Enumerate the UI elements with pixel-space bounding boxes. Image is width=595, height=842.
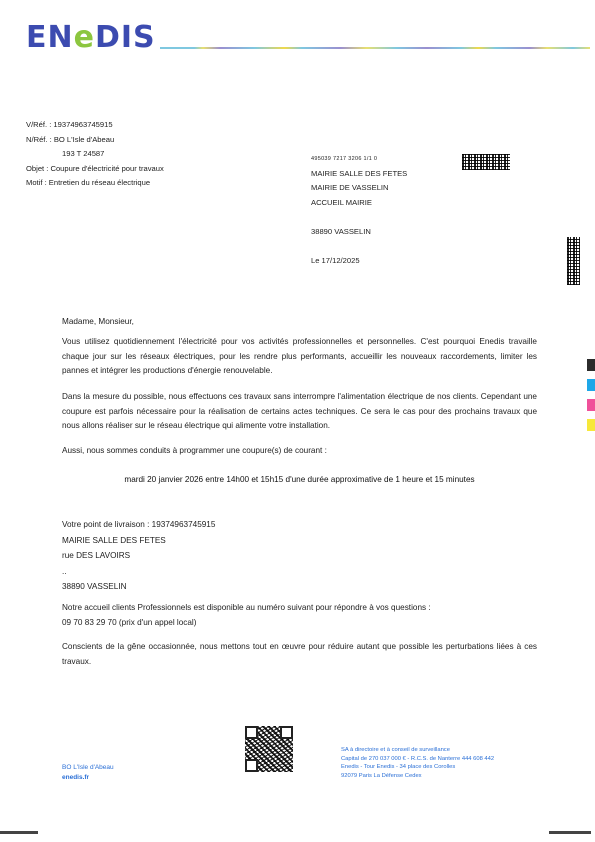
mail-tracking-code: 495039 7217 3206 1/1 0 [311,152,407,167]
delivery-street: rue DES LAVOIRS [62,548,215,564]
contact-phone: 09 70 83 29 70 (prix d'un appel local) [62,616,537,631]
recipient-line: MAIRIE DE VASSELIN [311,181,407,196]
subject: Objet : Coupure d'électricité pour trava… [26,162,164,177]
enedis-logo: ENeDIS [26,22,156,54]
footer-legal-line: Capital de 270 037 000 € - R.C.S. de Nan… [341,755,494,764]
footer-left: BO L'Isle d'Abeau enedis.fr [62,763,114,783]
recipient-line: ACCUEIL MAIRIE [311,196,407,211]
datamatrix-code-vertical-icon [567,237,580,285]
footer-legal-line: 92079 Paris La Défense Cedex [341,772,494,781]
recipient-city: 38890 VASSELIN [311,225,407,240]
our-reference: N/Réf. : BO L'Isle d'Abeau [26,133,164,148]
scan-edge-right [549,831,591,834]
header-rule [160,47,590,49]
reason: Motif : Entretien du réseau électrique [26,176,164,191]
footer-legal-line: SA à directoire et à conseil de surveill… [341,746,494,755]
delivery-extra: .. [62,564,215,580]
footer-website-link[interactable]: enedis.fr [62,773,114,783]
contact-text: Notre accueil clients Professionnels est… [62,601,537,616]
color-mark-black [587,359,595,371]
paragraph-outage-intro: Aussi, nous sommes conduits à programmer… [62,444,537,459]
footer-legal: SA à directoire et à conseil de surveill… [341,746,494,780]
recipient-line: MAIRIE SALLE DES FETES [311,167,407,182]
your-reference: V/Réf. : 19374963745915 [26,118,164,133]
delivery-city: 38890 VASSELIN [62,579,215,595]
paragraph-contact: Notre accueil clients Professionnels est… [62,601,537,630]
paragraph-closing: Conscients de la gêne occasionnée, nous … [62,640,537,669]
delivery-point: Votre point de livraison : 1937496374591… [62,517,215,595]
references-block: V/Réf. : 19374963745915 N/Réf. : BO L'Is… [26,118,164,191]
scan-edge-left [0,831,38,834]
letter-date: Le 17/12/2025 [311,254,407,269]
salutation: Madame, Monsieur, [62,315,537,330]
logo-part: DIS [95,20,156,55]
color-mark-cyan [587,379,595,391]
outage-schedule: mardi 20 janvier 2026 entre 14h00 et 15h… [62,475,537,484]
paragraph-intro: Vous utilisez quotidiennement l'électric… [62,335,537,379]
color-mark-yellow [587,419,595,431]
footer-office: BO L'Isle d'Abeau [62,763,114,773]
datamatrix-code-icon [462,154,510,170]
delivery-name: MAIRIE SALLE DES FETES [62,533,215,549]
our-reference-code: 193 T 24587 [26,147,164,162]
logo-part: EN [26,20,74,55]
qr-code-icon [245,726,293,772]
recipient-address: 495039 7217 3206 1/1 0 MAIRIE SALLE DES … [311,152,407,268]
print-color-marks [587,359,595,439]
logo-part-accent: e [74,20,95,55]
delivery-point-id: Votre point de livraison : 1937496374591… [62,517,215,533]
footer-legal-line: Enedis - Tour Enedis - 34 place des Coro… [341,763,494,772]
paragraph-works: Dans la mesure du possible, nous effectu… [62,390,537,434]
color-mark-magenta [587,399,595,411]
